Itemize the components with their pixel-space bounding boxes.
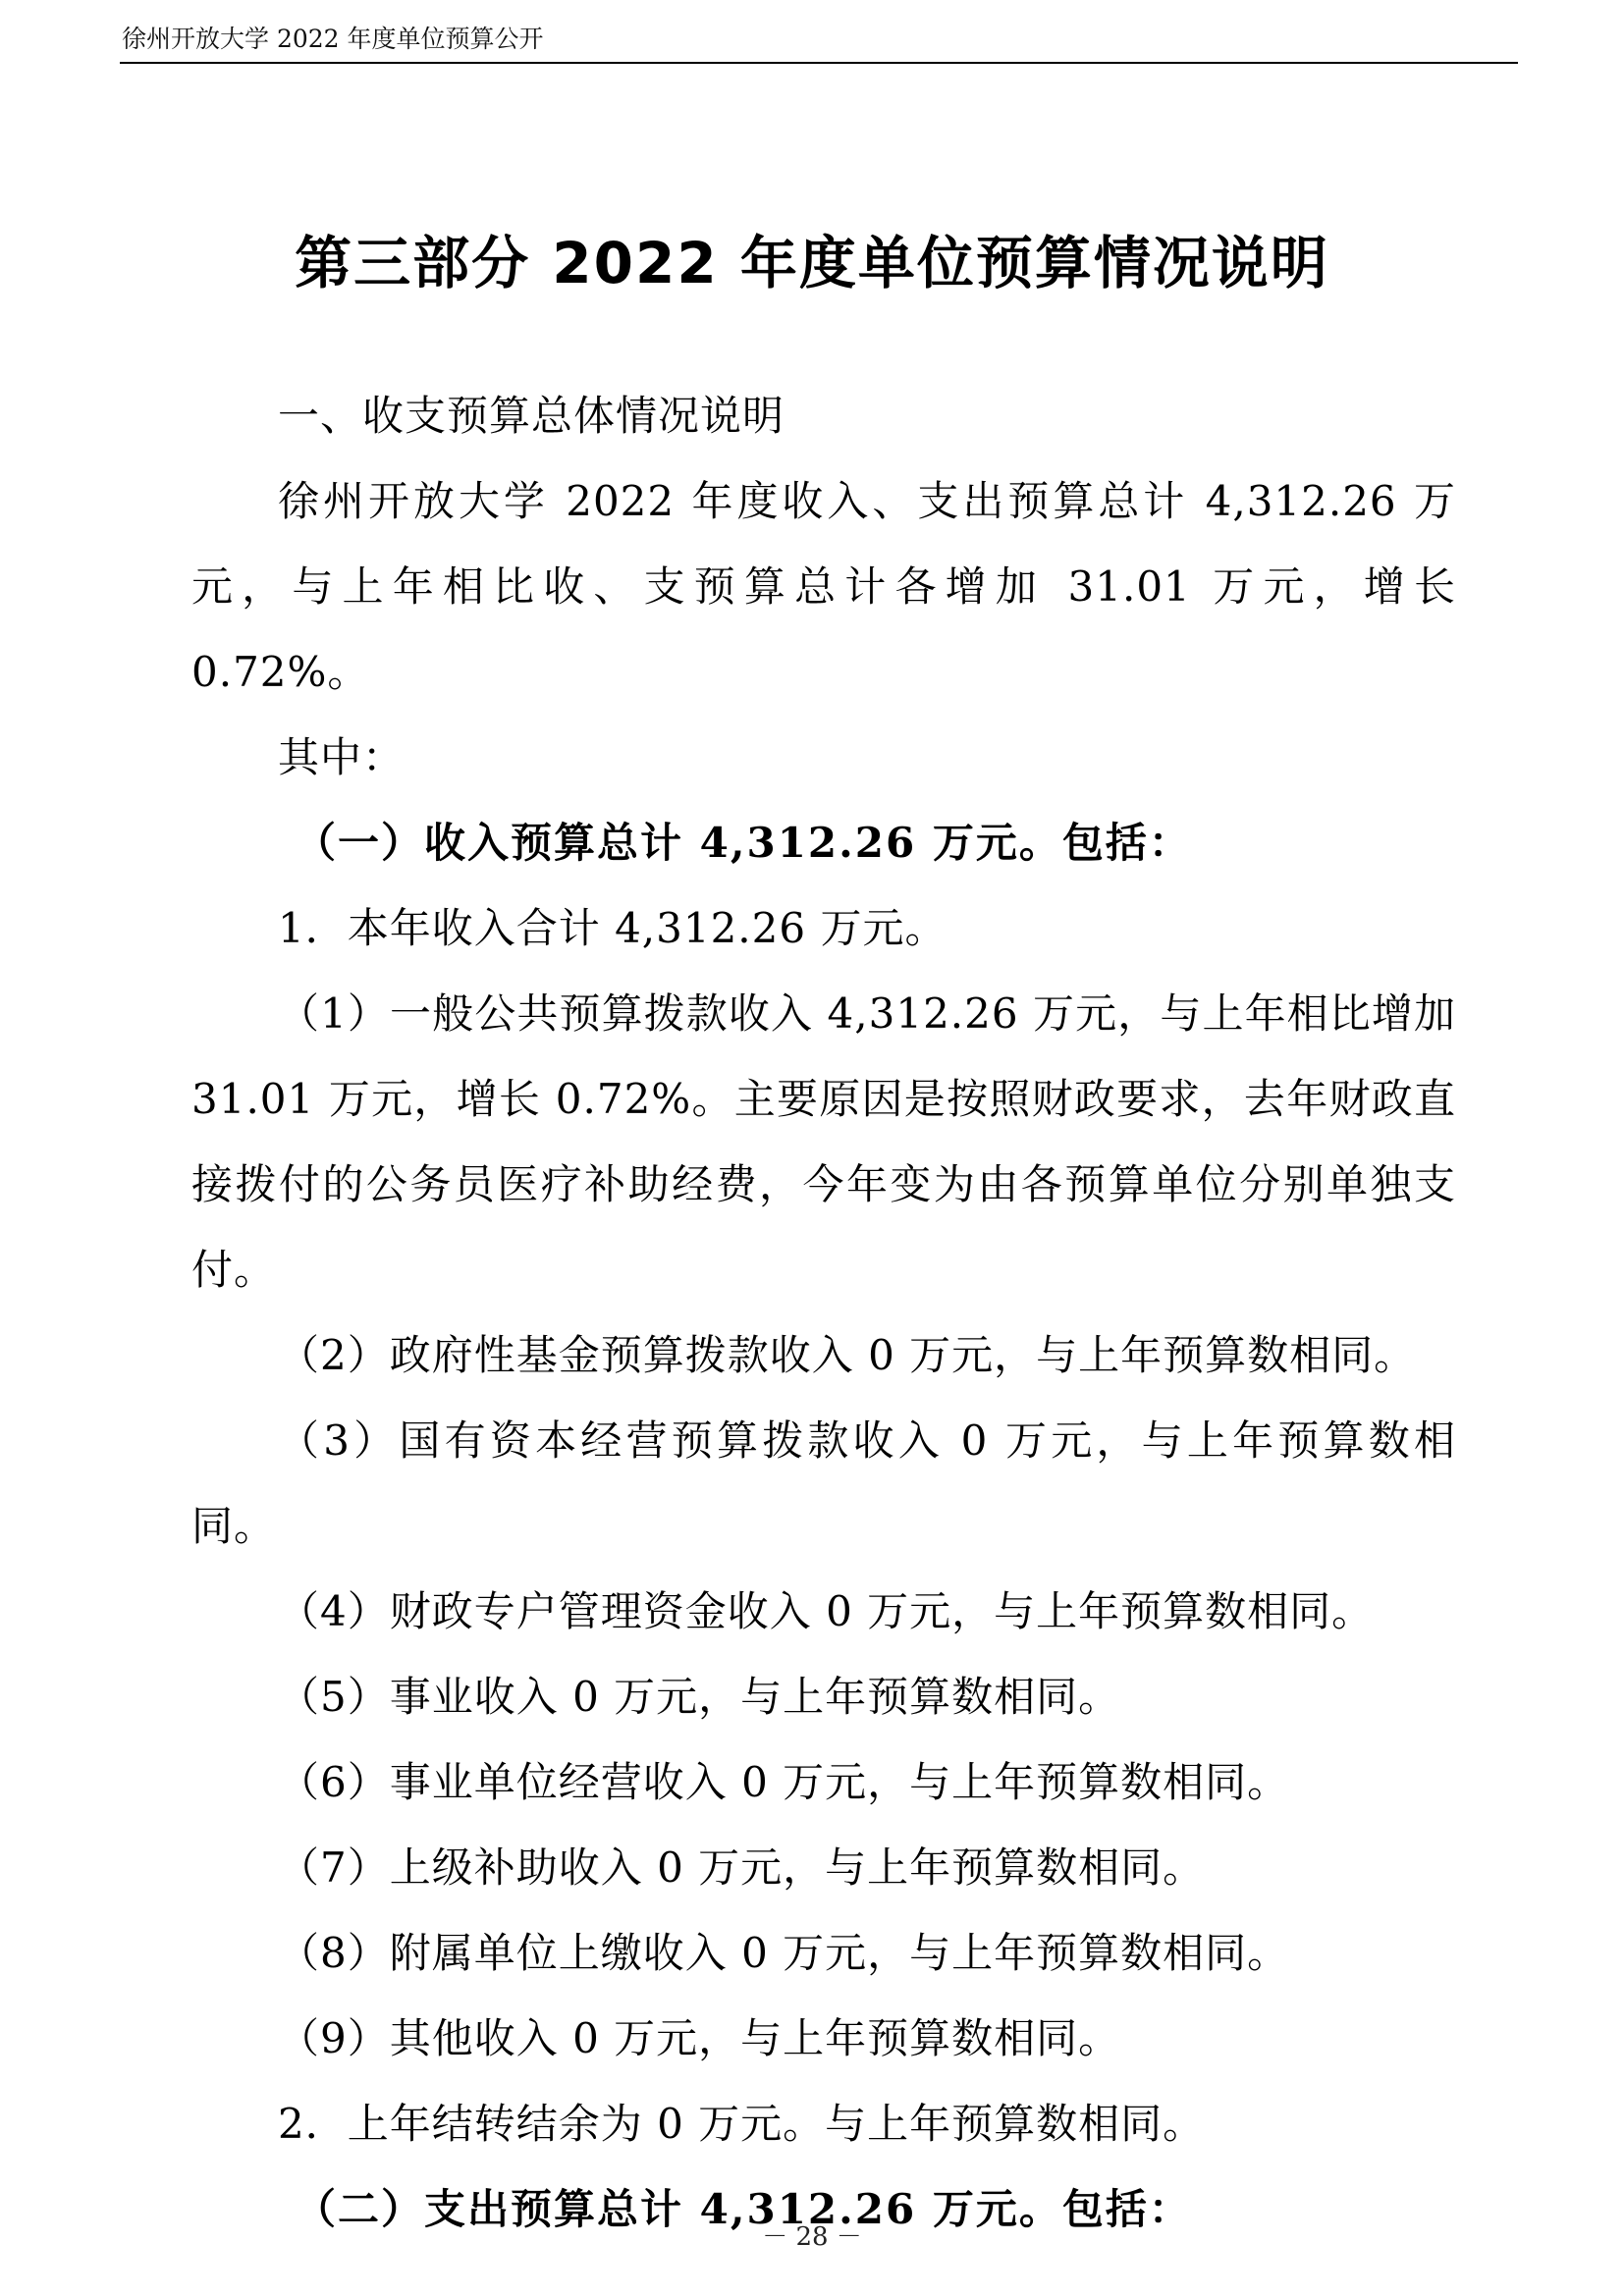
carryover-balance: 2．上年结转结余为 0 万元。与上年预算数相同。 (191, 2081, 1456, 2166)
income-item-business-income: （5）事业收入 0 万元，与上年预算数相同。 (191, 1654, 1456, 1739)
income-item-state-capital: （3）国有资本经营预算拨款收入 0 万元，与上年预算数相同。 (191, 1398, 1456, 1569)
income-item-superior-subsidy: （7）上级补助收入 0 万元，与上年预算数相同。 (191, 1825, 1456, 1910)
income-item-other-income: （9）其他收入 0 万元，与上年预算数相同。 (191, 1996, 1456, 2081)
income-item-affiliate-remittance: （8）附属单位上缴收入 0 万元，与上年预算数相同。 (191, 1910, 1456, 1996)
income-heading: （一）收入预算总计 4,312.26 万元。包括： (191, 800, 1456, 885)
income-item-government-fund: （2）政府性基金预算拨款收入 0 万元，与上年预算数相同。 (191, 1312, 1456, 1398)
page-title: 第三部分 2022 年度单位预算情况说明 (0, 224, 1624, 302)
income-item-general-public-budget: （1）一般公共预算拨款收入 4,312.26 万元，与上年相比增加 31.01 … (191, 971, 1456, 1312)
running-header: 徐州开放大学 2022 年度单位预算公开 (122, 24, 544, 55)
among-label: 其中： (191, 715, 1456, 800)
header-divider (120, 62, 1518, 64)
current-year-income-total: 1．本年收入合计 4,312.26 万元。 (191, 885, 1456, 971)
document-body: 一、收支预算总体情况说明 徐州开放大学 2022 年度收入、支出预算总计 4,3… (191, 373, 1456, 2252)
income-item-operating-income: （6）事业单位经营收入 0 万元，与上年预算数相同。 (191, 1739, 1456, 1825)
section-heading: 一、收支预算总体情况说明 (191, 373, 1456, 458)
income-item-fiscal-account: （4）财政专户管理资金收入 0 万元，与上年预算数相同。 (191, 1569, 1456, 1654)
page-number: － 28 － (0, 2220, 1624, 2254)
intro-paragraph: 徐州开放大学 2022 年度收入、支出预算总计 4,312.26 万元，与上年相… (191, 458, 1456, 715)
